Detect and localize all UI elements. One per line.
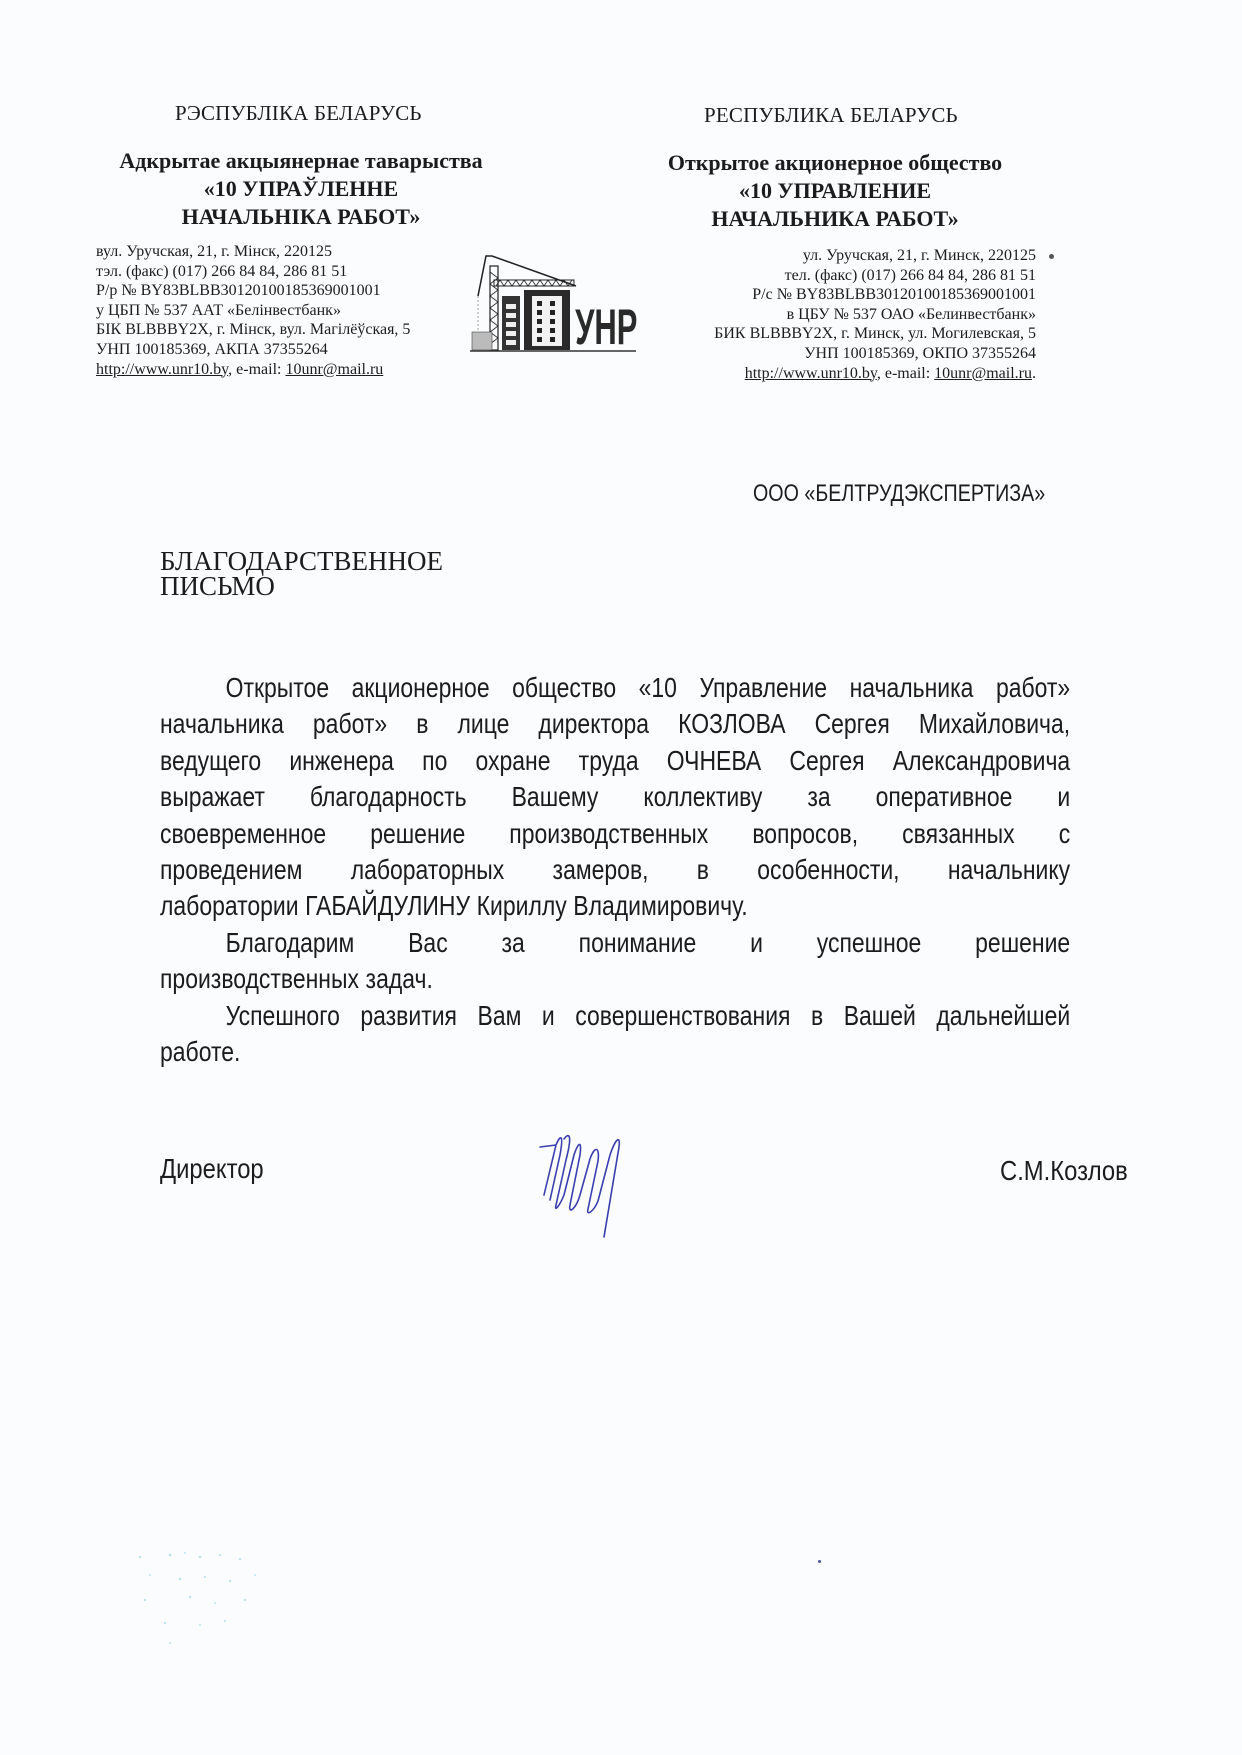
left-org-line: «10 УПРАЎЛЕННЕ: [96, 175, 506, 203]
body-word: работ»: [996, 670, 1070, 706]
body-word: дальнейшей: [936, 998, 1070, 1034]
body-word: вопросов,: [752, 816, 858, 852]
left-req-line: тэл. (факс) (017) 266 84 84, 286 81 51: [96, 262, 410, 282]
right-req-line: БИК BLBBBY2X, г. Минск, ул. Могилевская,…: [714, 324, 1036, 344]
body-word: ОЧНЕВА: [667, 743, 761, 779]
addressee: ООО «БЕЛТРУДЭКСПЕРТИЗА»: [753, 480, 1045, 508]
body-word: Михайловича,: [919, 706, 1070, 742]
left-org-name: Адкрытае акцыянернае таварыства «10 УПРА…: [96, 147, 506, 231]
body-line: начальникаработ»влицедиректораКОЗЛОВАСер…: [160, 706, 1070, 742]
body-word: Управление: [699, 670, 827, 706]
body-word: задач.: [366, 961, 433, 997]
body-word: общество: [512, 670, 616, 706]
right-org-name: Открытое акционерное общество «10 УПРАВЛ…: [650, 149, 1020, 233]
body-word: выражает: [160, 779, 265, 815]
body-word: благодарность: [310, 779, 467, 815]
left-requisites: вул. Уручская, 21, г. Мінск, 220125 тэл.…: [96, 242, 410, 379]
body-line: Открытоеакционерноеобщество«10Управление…: [160, 670, 1070, 706]
faint-stamp-residue: [130, 1545, 280, 1655]
title-line: ПИСЬМО: [160, 574, 443, 599]
signatory-name: С.М.Козлов: [1000, 1155, 1128, 1187]
logo-text: УНР: [575, 298, 637, 352]
body-line: ведущегоинженерапоохранетрудаОЧНЕВАСерге…: [160, 743, 1070, 779]
body-word: Александровича: [893, 743, 1070, 779]
body-word: с: [1059, 816, 1070, 852]
body-word: охране: [476, 743, 551, 779]
body-word: ведущего: [160, 743, 261, 779]
body-word: Вам: [478, 998, 522, 1034]
body-word: Вашему: [512, 779, 599, 815]
right-org-line: Открытое акционерное общество: [650, 149, 1020, 177]
body-word: Благодарим: [226, 925, 355, 961]
body-word: особенности,: [757, 852, 899, 888]
body-word: Открытое: [226, 670, 329, 706]
body-line: УспешногоразвитияВамисовершенствованиявВ…: [160, 998, 1070, 1034]
body-word: своевременное: [160, 816, 326, 852]
body-word: начальника: [160, 706, 284, 742]
body-word: по: [422, 743, 447, 779]
scan-speck: [1049, 254, 1054, 259]
body-word: проведением: [160, 852, 302, 888]
right-email-label: , e-mail:: [877, 365, 934, 382]
right-website-link[interactable]: http://www.unr10.by: [745, 365, 877, 382]
body-word: КОЗЛОВА: [678, 706, 785, 742]
letter-title: БЛАГОДАРСТВЕННОЕ ПИСЬМО: [160, 549, 443, 599]
body-word: развития: [360, 998, 457, 1034]
body-word: труда: [579, 743, 639, 779]
body-line: лабораторииГАБАЙДУЛИНУКириллуВладимирови…: [160, 888, 1070, 924]
body-word: в: [811, 998, 823, 1034]
body-word: за: [807, 779, 830, 815]
body-word: начальнику: [948, 852, 1070, 888]
body-word: Кириллу: [477, 888, 567, 924]
letter-body: Открытоеакционерноеобщество«10Управление…: [160, 670, 1070, 1070]
left-email-link[interactable]: 10unr@mail.ru: [285, 361, 383, 378]
left-req-line: вул. Уручская, 21, г. Мінск, 220125: [96, 242, 410, 262]
body-word: «10: [639, 670, 677, 706]
body-word: Владимировичу.: [573, 888, 747, 924]
body-word: замеров,: [553, 852, 649, 888]
right-contact-line: http://www.unr10.by, e-mail: 10unr@mail.…: [714, 364, 1036, 384]
left-email-label: , e-mail:: [228, 361, 285, 378]
body-line: своевременноерешениепроизводственныхвопр…: [160, 816, 1070, 852]
scan-speck: [818, 1560, 821, 1563]
company-logo: УНР: [466, 252, 646, 352]
body-word: и: [1057, 779, 1070, 815]
body-word: производственных: [160, 961, 359, 997]
body-word: понимание: [579, 925, 697, 961]
left-contact-line: http://www.unr10.by, e-mail: 10unr@mail.…: [96, 360, 410, 380]
left-req-line: Р/р № BY83BLBB30120100185369001001: [96, 281, 410, 301]
body-word: начальника: [850, 670, 974, 706]
right-req-line: УНП 100185369, ОКПО 37355264: [714, 344, 1036, 364]
right-req-line: в ЦБУ № 537 ОАО «Белинвестбанк»: [714, 305, 1036, 325]
body-word: директора: [538, 706, 649, 742]
body-word: и: [750, 925, 763, 961]
signature: [530, 1125, 690, 1250]
body-word: и: [542, 998, 555, 1034]
left-org-line: НАЧАЛЬНІКА РАБОТ»: [96, 203, 506, 231]
body-line: БлагодаримВасзапониманиеиуспешноерешение: [160, 925, 1070, 961]
body-word: лице: [457, 706, 509, 742]
body-word: Сергея: [815, 706, 890, 742]
body-word: Вас: [408, 925, 448, 961]
signatory-role: Директор: [160, 1153, 264, 1185]
left-req-line: у ЦБП № 537 ААТ «Белінвестбанк»: [96, 301, 410, 321]
body-word: инженера: [289, 743, 394, 779]
body-word: за: [502, 925, 525, 961]
body-line: производственныхзадач.: [160, 961, 1070, 997]
body-word: работе.: [160, 1034, 240, 1070]
body-word: оперативное: [876, 779, 1013, 815]
body-word: акционерное: [352, 670, 490, 706]
crane-building-logo-icon: УНР: [466, 252, 646, 352]
body-word: совершенствования: [575, 998, 790, 1034]
right-requisites: ул. Уручская, 21, г. Минск, 220125 тел. …: [714, 246, 1036, 383]
body-word: в: [416, 706, 428, 742]
right-org-line: «10 УПРАВЛЕНИЕ: [650, 177, 1020, 205]
body-word: лаборатории: [160, 888, 299, 924]
body-word: Сергея: [789, 743, 864, 779]
handwritten-signature-icon: [530, 1125, 690, 1250]
body-line: работе.: [160, 1034, 1070, 1070]
body-word: ГАБАЙДУЛИНУ: [305, 888, 470, 924]
body-word: коллективу: [643, 779, 762, 815]
right-email-suffix: .: [1032, 365, 1036, 382]
left-req-line: БІК BLBBBY2X, г. Мінск, вул. Магілёўская…: [96, 320, 410, 340]
body-word: связанных: [902, 816, 1014, 852]
body-word: производственных: [509, 816, 708, 852]
body-line: проведениемлабораторныхзамеров,вособенно…: [160, 852, 1070, 888]
body-word: Вашей: [844, 998, 916, 1034]
left-org-line: Адкрытае акцыянернае таварыства: [96, 147, 506, 175]
right-org-line: НАЧАЛЬНИКА РАБОТ»: [650, 205, 1020, 233]
right-req-line: Р/с № BY83BLBB30120100185369001001: [714, 285, 1036, 305]
body-word: решение: [370, 816, 465, 852]
left-req-line: УНП 100185369, АКПА 37355264: [96, 340, 410, 360]
right-email-link[interactable]: 10unr@mail.ru: [934, 365, 1032, 382]
right-req-line: ул. Уручская, 21, г. Минск, 220125: [714, 246, 1036, 266]
left-country: РЭСПУБЛІКА БЕЛАРУСЬ: [175, 101, 422, 126]
body-word: в: [697, 852, 709, 888]
body-line: выражаетблагодарностьВашемуколлективузао…: [160, 779, 1070, 815]
right-country: РЕСПУБЛИКА БЕЛАРУСЬ: [704, 103, 958, 128]
left-website-link[interactable]: http://www.unr10.by: [96, 361, 228, 378]
body-word: Успешного: [226, 998, 340, 1034]
body-word: успешное: [817, 925, 922, 961]
body-word: лабораторных: [351, 852, 505, 888]
body-word: работ»: [313, 706, 387, 742]
body-word: решение: [975, 925, 1070, 961]
right-req-line: тел. (факс) (017) 266 84 84, 286 81 51: [714, 266, 1036, 286]
